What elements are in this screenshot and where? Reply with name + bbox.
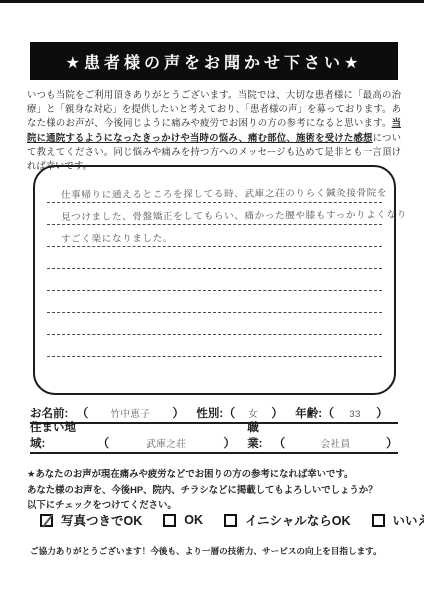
consent-option-label: いいえ [393, 511, 424, 529]
consent-option-photo-ok[interactable]: 写真つきでOK [40, 511, 142, 529]
publication-notice: ★あなたのお声が現在痛みや疲労などでお困りの方の参考になれば幸いです。 あなた様… [27, 466, 407, 513]
consent-option-label: 写真つきでOK [61, 511, 142, 529]
handwritten-comment-line-1: 仕事帰りに通えるところを探してる時、武庫之荘のりらく鍼灸接骨院を [61, 185, 387, 201]
comment-line [47, 269, 382, 291]
paren-close: ） [386, 434, 398, 451]
consent-option-ok[interactable]: OK [163, 513, 203, 527]
comment-line [47, 291, 382, 313]
paren-close: ） [224, 434, 236, 451]
feedback-form-page: ★患者様の声をお聞かせ下さい★ いつも当院をご利用頂きありがとうございます。当院… [0, 0, 424, 600]
comment-line [47, 313, 382, 335]
comment-line: すごく楽になりました。 [47, 225, 382, 247]
notice-line-2: あなた様のお声を、今後HP、院内、チラシなどに掲載してもよろしいでしょうか？ [27, 482, 407, 498]
checkbox-no[interactable] [372, 514, 385, 527]
page-title: ★患者様の声をお聞かせ下さい★ [66, 50, 363, 73]
gender-label: 性別: [196, 405, 223, 421]
comment-line: 仕事帰りに通えるところを探してる時、武庫之荘のりらく鍼灸接骨院を [47, 181, 382, 203]
comment-line [47, 335, 382, 357]
consent-option-initials-ok[interactable]: イニシャルならOK [224, 511, 351, 529]
occupation-label: 職業: [247, 419, 273, 451]
top-divider [0, 0, 424, 3]
paren-open: （ [97, 434, 109, 451]
header-banner: ★患者様の声をお聞かせ下さい★ [30, 42, 398, 80]
consent-options-row: 写真つきでOK OK イニシャルならOK いいえ [40, 511, 400, 529]
handwritten-comment-line-3: すごく楽になりました。 [61, 230, 173, 245]
paren-close: ） [172, 404, 184, 421]
name-field[interactable]: 竹中恵子 [88, 406, 172, 421]
checkbox-initials-ok[interactable] [224, 514, 237, 527]
area-field[interactable]: 武庫之荘 [109, 436, 223, 451]
occupation-field[interactable]: 会社員 [285, 436, 386, 451]
paren-open: （ [223, 404, 235, 421]
comment-box: 仕事帰りに通えるところを探してる時、武庫之荘のりらく鍼灸接骨院を 見つけました、… [33, 165, 396, 395]
handwritten-comment-line-2: 見つけました、骨盤矯正をしてもらい、痛かった腰や膝もすっかりよくなり [61, 207, 407, 223]
intro-text-1: いつも当院をご利用頂きありがとうございます。当院では、大切な患者様に「最高の治療… [27, 89, 401, 128]
intro-paragraph: いつも当院をご利用頂きありがとうございます。当院では、大切な患者様に「最高の治療… [27, 88, 401, 173]
consent-option-label: OK [184, 513, 203, 527]
comment-line: 見つけました、骨盤矯正をしてもらい、痛かった腰や膝もすっかりよくなり [47, 203, 382, 225]
age-field[interactable]: 33 [334, 409, 376, 421]
check-mark [42, 514, 52, 527]
paren-open: （ [273, 434, 285, 451]
notice-line-1: ★あなたのお声が現在痛みや疲労などでお困りの方の参考になれば幸いです。 [27, 466, 407, 482]
paren-open: （ [322, 404, 334, 421]
footer-thanks: ご協力ありがとうございます！今後も、より一層の技術力、サービスの向上を目指します… [30, 545, 410, 557]
area-label: 住まい地域: [30, 419, 89, 451]
comment-line [47, 247, 382, 269]
paren-close: ） [376, 404, 388, 421]
area-occupation-row: 住まい地域: （ 武庫之荘 ） 職業: （ 会社員 ） [30, 433, 398, 454]
checkbox-ok[interactable] [163, 514, 176, 527]
consent-option-label: イニシャルならOK [245, 511, 351, 529]
age-label: 年齢: [295, 405, 322, 421]
consent-option-no[interactable]: いいえ [372, 511, 424, 529]
checkbox-photo-ok[interactable] [40, 514, 53, 527]
